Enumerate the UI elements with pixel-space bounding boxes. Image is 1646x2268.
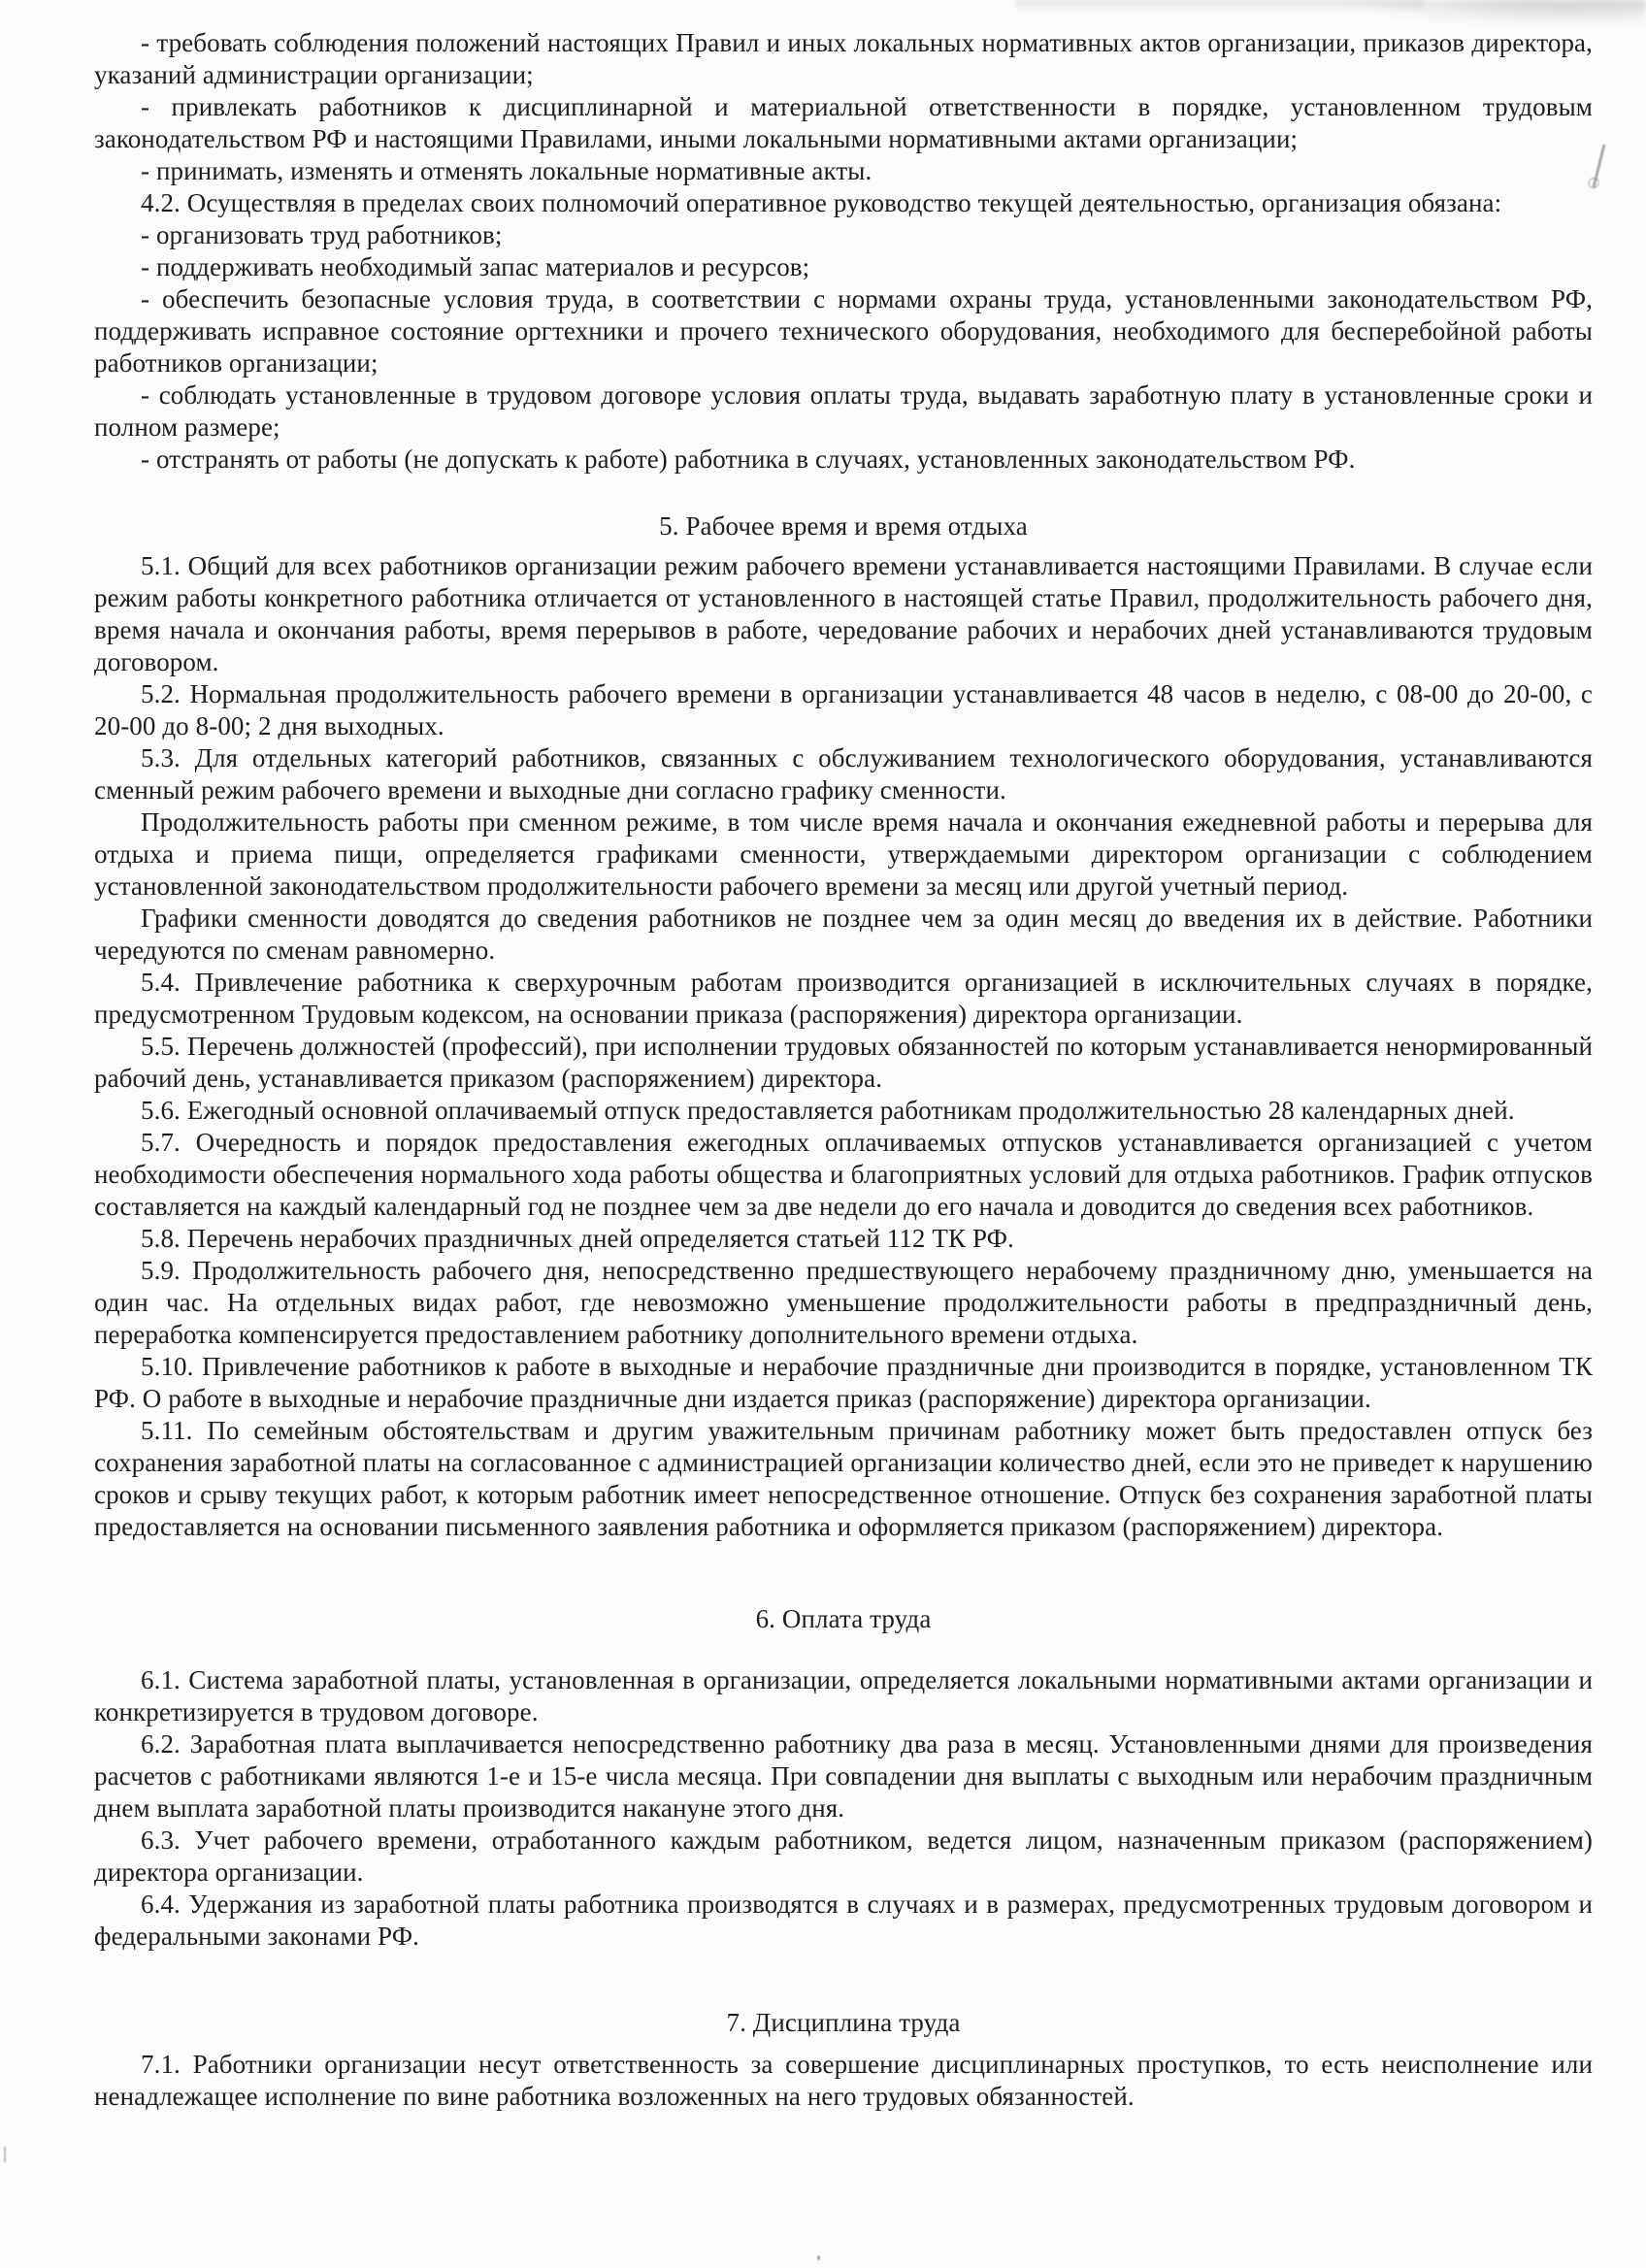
scan-pen-mark-right [1592,144,1605,187]
paragraph: 5.5. Перечень должностей (профессий), пр… [94,1031,1593,1095]
section-7: 7. Дисциплина труда 7.1. Работники орган… [94,2007,1593,2113]
scanned-document-page: { "page": { "background_color": "#fcfcfb… [0,0,1646,2268]
section-5: 5. Рабочее время и время отдыха 5.1. Общ… [94,510,1593,1543]
scan-smudge-top-edge [1015,0,1423,12]
page-text: - требовать соблюдения положений настоящ… [94,27,1593,2113]
paragraph: 5.9. Продолжительность рабочего дня, неп… [94,1255,1593,1351]
paragraph: 5.10. Привлечение работников к работе в … [94,1351,1593,1415]
section-heading: 5. Рабочее время и время отдыха [94,510,1593,542]
paragraph: Продолжительность работы при сменном реж… [94,806,1593,903]
paragraph: 6.3. Учет рабочего времени, отработанног… [94,1824,1593,1889]
paragraph: 4.2. Осуществляя в пределах своих полном… [94,187,1593,219]
section-heading: 6. Оплата труда [94,1603,1593,1635]
section-6: 6. Оплата труда 6.1. Система заработной … [94,1603,1593,1953]
paragraph: 6.4. Удержания из заработной платы работ… [94,1889,1593,1953]
paragraph: 5.8. Перечень нерабочих праздничных дней… [94,1223,1593,1255]
section-heading: 7. Дисциплина труда [94,2007,1593,2039]
paragraph: 5.11. По семейным обстоятельствам и друг… [94,1415,1593,1543]
paragraph: 5.3. Для отдельных категорий работников,… [94,742,1593,806]
paragraph: 5.4. Привлечение работника к сверхурочны… [94,967,1593,1031]
paragraph: 6.1. Система заработной платы, установле… [94,1664,1593,1728]
paragraph: - требовать соблюдения положений настоящ… [94,27,1593,91]
paragraph: - поддерживать необходимый запас материа… [94,251,1593,283]
paragraph: - принимать, изменять и отменять локальн… [94,155,1593,187]
paragraph: 5.1. Общий для всех работников организац… [94,550,1593,678]
paragraph: Графики сменности доводятся до сведения … [94,903,1593,967]
paragraph: 5.6. Ежегодный основной оплачиваемый отп… [94,1095,1593,1127]
paragraph: - соблюдать установленные в трудовом дог… [94,379,1593,444]
paragraph: - организовать труд работников; [94,219,1593,251]
paragraph: - привлекать работников к дисциплинарной… [94,91,1593,155]
paragraph: 5.7. Очередность и порядок предоставлени… [94,1127,1593,1223]
section-4: - требовать соблюдения положений настоящ… [94,27,1593,476]
paragraph: 7.1. Работники организации несут ответст… [94,2049,1593,2113]
scan-dot-bottom [817,2255,820,2260]
scan-mark-left-edge [4,2147,6,2162]
paragraph: - отстранять от работы (не допускать к р… [94,444,1593,476]
paragraph: 5.2. Нормальная продолжительность рабоче… [94,678,1593,742]
paragraph: - обеспечить безопасные условия труда, в… [94,283,1593,379]
paragraph: 6.2. Заработная плата выплачивается непо… [94,1728,1593,1824]
